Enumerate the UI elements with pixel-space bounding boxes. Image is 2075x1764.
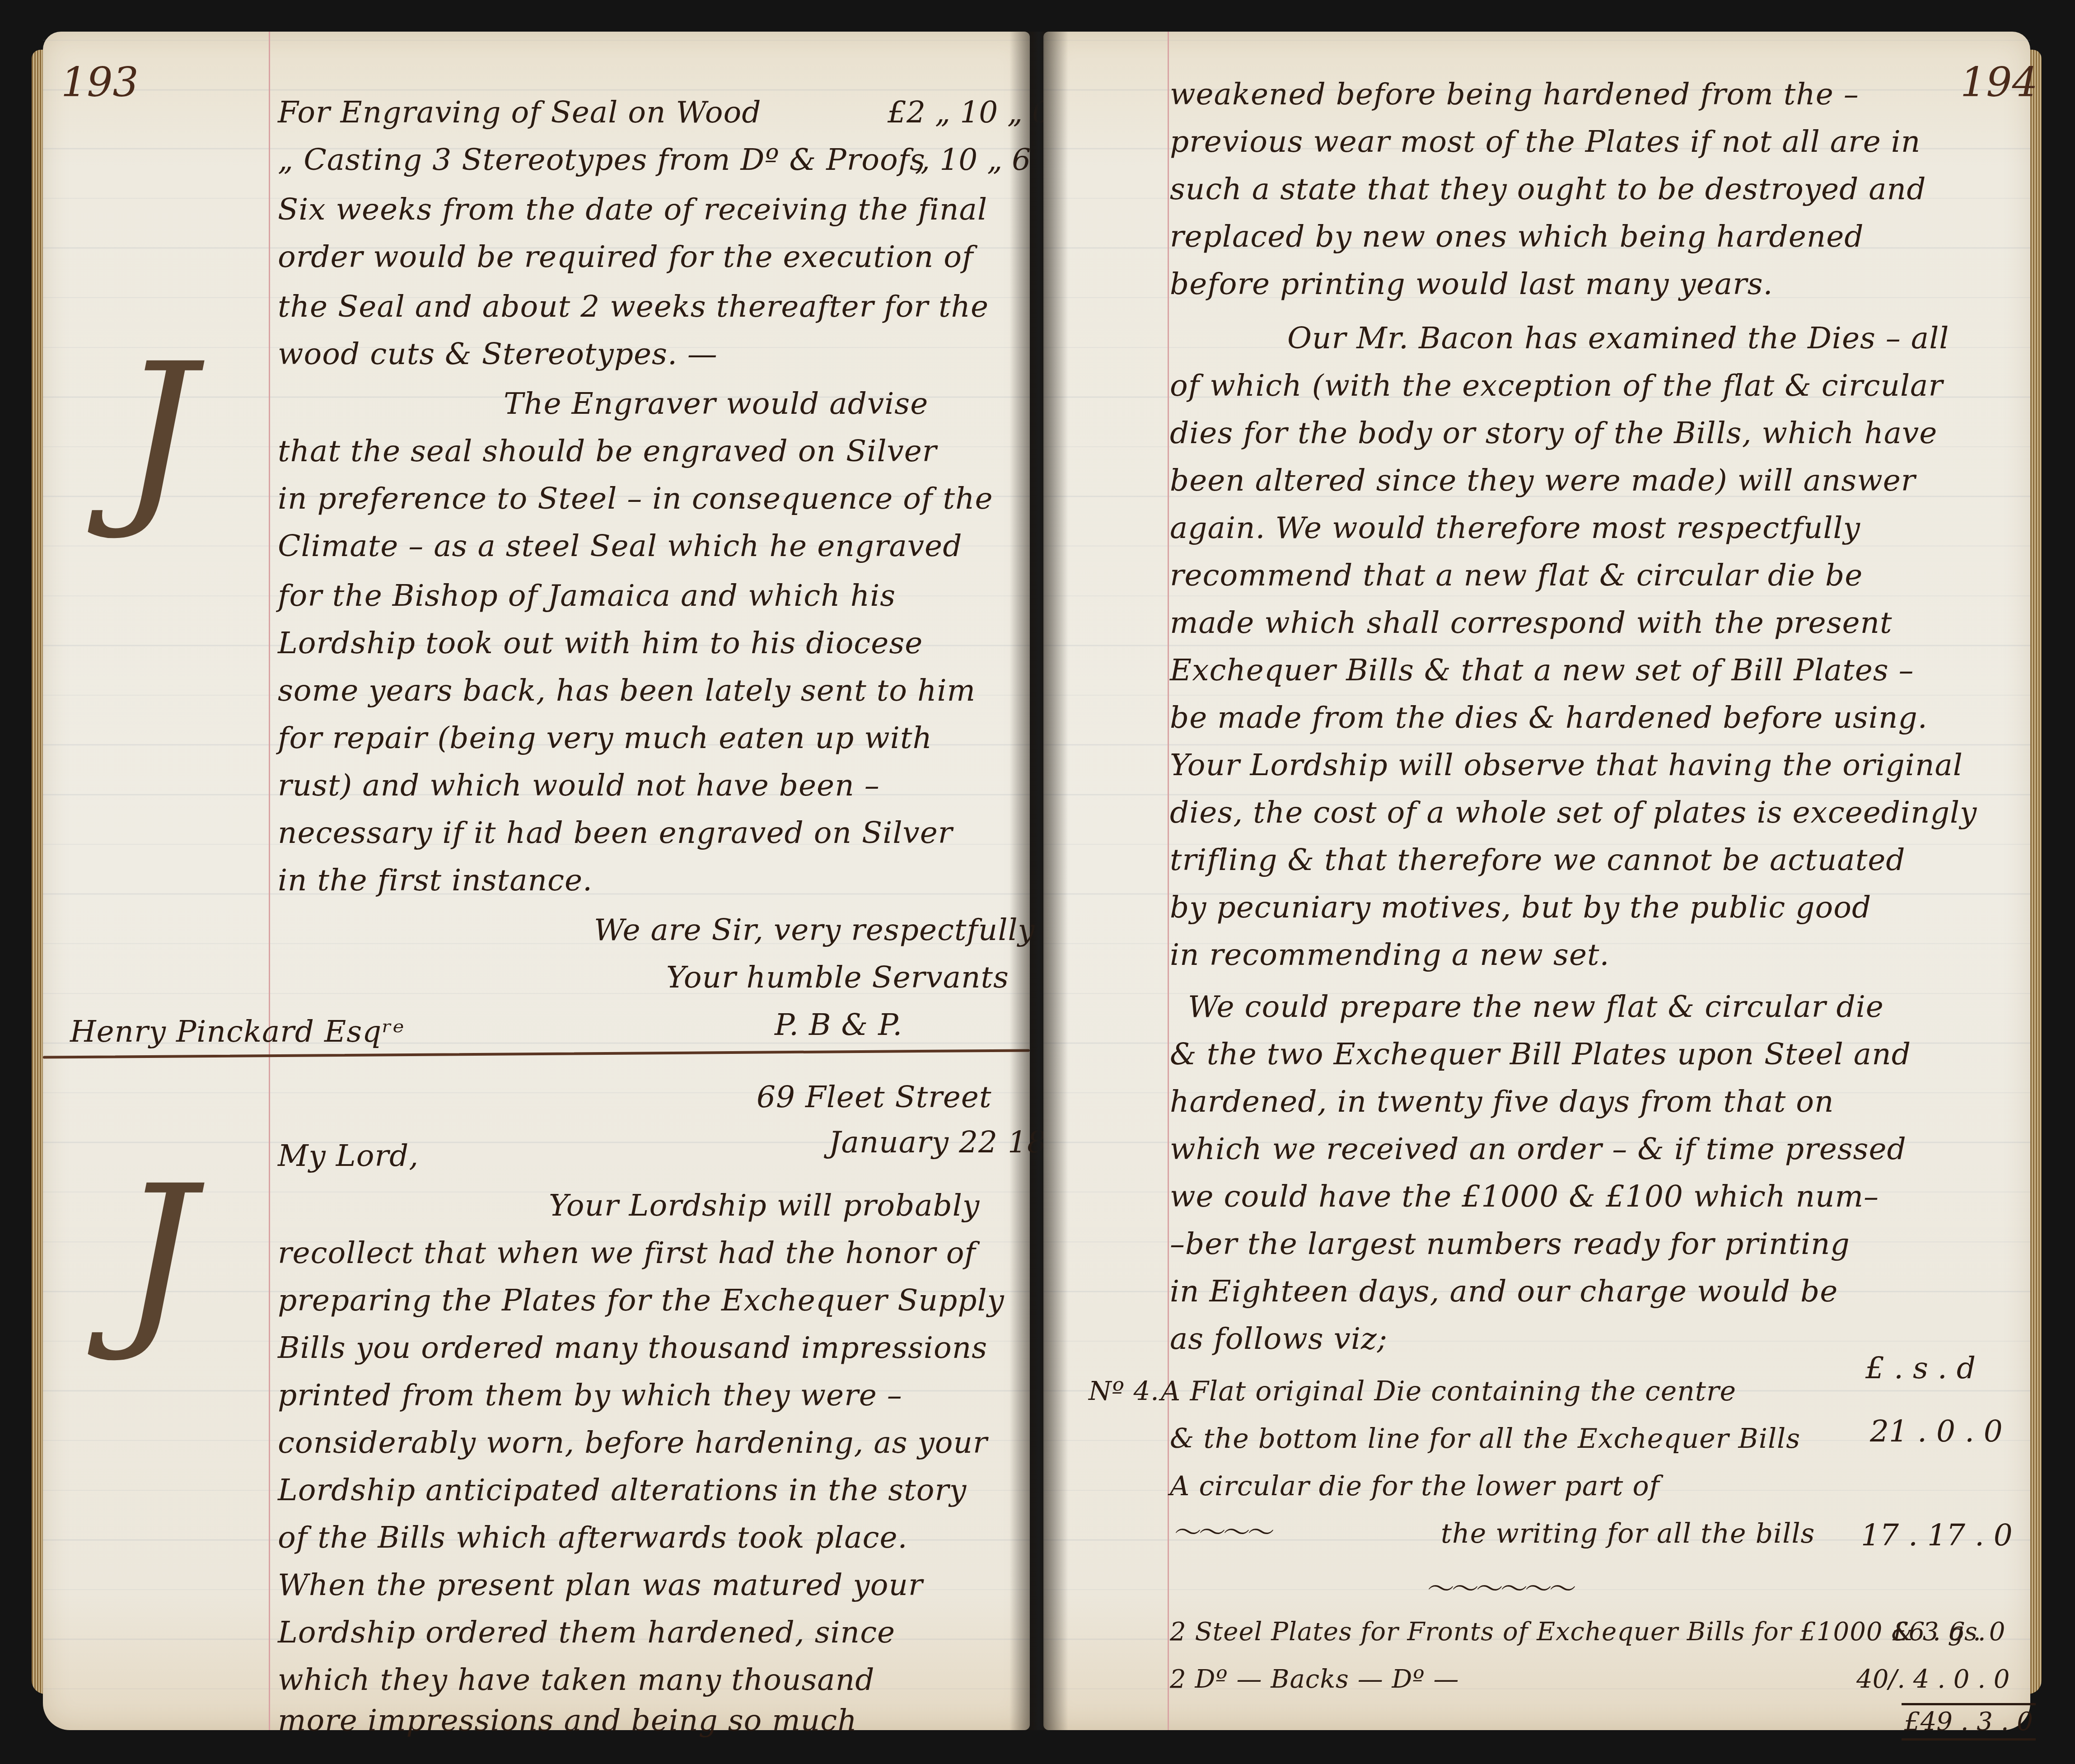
text-line: Lordship ordered them hardened, since: [278, 1615, 895, 1650]
text-line: as follows viz;: [1170, 1321, 1388, 1356]
text-line: Lordship anticipated alterations in the …: [278, 1473, 967, 1507]
text-line: hardened, in twenty five days from that …: [1170, 1084, 1834, 1119]
text-line: recommend that a new flat & circular die…: [1170, 558, 1863, 593]
charge-item-desc: the writing for all the bills: [1441, 1518, 1815, 1549]
text-line: Lordship took out with him to his dioces…: [278, 626, 923, 660]
text-line: Your Lordship will probably: [549, 1188, 980, 1223]
margin-check-mark: J: [120, 339, 196, 529]
charge-item-desc: & the bottom line for all the Exchequer …: [1170, 1423, 1800, 1455]
text-line: for repair (being very much eaten up wit…: [278, 721, 932, 755]
text-line: Six weeks from the date of receiving the…: [278, 192, 987, 227]
letter-book-spread: 193 J J For Engraving of Seal on Wood £2…: [0, 0, 2075, 1764]
text-line: of which (with the exception of the flat…: [1170, 368, 1943, 403]
text-line: for the Bishop of Jamaica and which his: [278, 578, 896, 613]
text-line: in the first instance.: [278, 863, 593, 898]
text-line: dies for the body or story of the Bills,…: [1170, 416, 1937, 450]
charge-item-desc: A circular die for the lower part of: [1170, 1470, 1660, 1502]
charge-item-desc: 2 Steel Plates for Fronts of Exchequer B…: [1170, 1617, 1986, 1647]
text-line: –ber the largest numbers ready for print…: [1170, 1226, 1850, 1261]
text-line: weakened before being hardened from the …: [1170, 77, 1859, 112]
text-line: preparing the Plates for the Exchequer S…: [278, 1283, 1005, 1318]
left-page: 193 J J For Engraving of Seal on Wood £2…: [43, 32, 1030, 1730]
currency-header: £ . s . d: [1865, 1351, 1976, 1385]
text-line: considerably worn, before hardening, as …: [278, 1425, 988, 1460]
text-line: printed from them by which they were –: [278, 1378, 902, 1413]
text-line: in Eighteen days, and our charge would b…: [1170, 1274, 1838, 1309]
filler-squiggle: ～～～～: [1174, 1511, 1272, 1550]
charge-item-desc: 2 Dº — Backs — Dº —: [1170, 1665, 1459, 1694]
text-line: in recommending a new set.: [1170, 937, 1610, 972]
addressee-heading: Henry Pinckard Esqʳᵉ: [70, 1014, 405, 1049]
text-line: by pecuniary motives, but by the public …: [1170, 890, 1871, 925]
text-line: in preference to Steel – in consequence …: [278, 481, 993, 516]
text-line: which we received an order – & if time p…: [1170, 1132, 1907, 1166]
text-line: replaced by new ones which being hardene…: [1170, 219, 1864, 254]
text-line: Climate – as a steel Seal which he engra…: [278, 529, 962, 563]
text-line: „ Casting 3 Stereotypes from Dº & Proofs: [278, 142, 925, 177]
text-line: We could prepare the new flat & circular…: [1188, 989, 1884, 1024]
sender-address: 69 Fleet Street: [757, 1080, 991, 1114]
charge-amount: 17 . 17 . 0: [1861, 1518, 2013, 1553]
text-line: necessary if it had been engraved on Sil…: [278, 815, 953, 850]
closing: Your humble Servants: [666, 960, 1009, 995]
text-line: trifling & that therefore we cannot be a…: [1170, 842, 1906, 877]
text-line: such a state that they ought to be destr…: [1170, 172, 1926, 206]
item-number: Nº 4.: [1089, 1376, 1159, 1406]
margin-rule: [1168, 32, 1169, 1730]
text-line: previous wear most of the Plates if not …: [1170, 124, 1921, 159]
text-line: of the Bills which afterwards took place…: [278, 1520, 908, 1555]
text-line: The Engraver would advise: [504, 386, 928, 421]
page-number: 193: [61, 59, 139, 106]
book-gutter: [1009, 32, 1068, 1730]
signature: P. B & P.: [775, 1007, 902, 1042]
text-line: Your Lordship will observe that having t…: [1170, 748, 1963, 782]
separator-squiggle: ～～～～～～: [1427, 1567, 1574, 1606]
margin-rule: [269, 32, 270, 1730]
text-line: Our Mr. Bacon has examined the Dies – al…: [1287, 321, 1949, 356]
text-line: made which shall correspond with the pre…: [1170, 605, 1893, 640]
charge-item-desc: A Flat original Die containing the centr…: [1161, 1376, 1736, 1407]
text-line: recollect that when we first had the hon…: [278, 1235, 976, 1270]
text-line: wood cuts & Stereotypes. —: [278, 337, 718, 371]
text-line: For Engraving of Seal on Wood: [278, 95, 762, 130]
text-line: be made from the dies & hardened before …: [1170, 700, 1928, 735]
text-line: Exchequer Bills & that a new set of Bill…: [1170, 653, 1914, 688]
right-page: 194 weakened before being hardened from …: [1043, 32, 2030, 1730]
text-line: before printing would last many years.: [1170, 267, 1773, 301]
text-line: we could have the £1000 & £100 which num…: [1170, 1179, 1879, 1214]
margin-check-mark: J: [120, 1161, 196, 1351]
text-line: again. We would therefore most respectfu…: [1170, 510, 1860, 545]
text-line: the Seal and about 2 weeks thereafter fo…: [278, 289, 989, 324]
text-line: Bills you ordered many thousand impressi…: [278, 1330, 987, 1365]
text-line: more impressions and being so much: [278, 1703, 857, 1738]
charge-amount: 21 . 0 . 0: [1870, 1414, 2003, 1449]
text-line: some years back, has been lately sent to…: [278, 673, 976, 708]
charge-amount: 40/. 4 . 0 . 0: [1856, 1665, 2010, 1694]
text-line: rust) and which would not have been –: [278, 768, 880, 803]
charge-amount: £6 . 6 . 0: [1893, 1617, 2005, 1647]
text-line: that the seal should be engraved on Silv…: [278, 434, 937, 468]
closing: We are Sir, very respectfully: [594, 912, 1035, 947]
charge-total: £49 . 3 . 0: [1902, 1703, 2036, 1741]
text-line: When the present plan was matured your: [278, 1567, 923, 1602]
text-line: which they have taken many thousand: [278, 1662, 874, 1697]
text-line: been altered since they were made) will …: [1170, 463, 1916, 498]
salutation: My Lord,: [278, 1138, 419, 1173]
text-line: dies, the cost of a whole set of plates …: [1170, 795, 1977, 830]
text-line: & the two Exchequer Bill Plates upon Ste…: [1170, 1037, 1911, 1072]
page-number: 194: [1960, 59, 2038, 106]
text-line: order would be required for the executio…: [278, 239, 973, 274]
